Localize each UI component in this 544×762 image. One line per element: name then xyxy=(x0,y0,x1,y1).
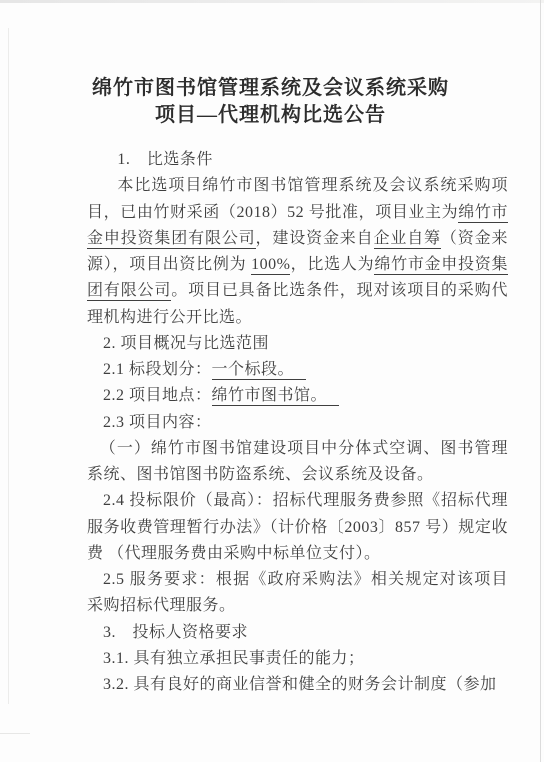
underlined-location-value: 绵竹市图书馆。 xyxy=(212,387,340,406)
paragraph-selection-conditions: 本比选项目绵竹市图书馆管理系统及会议系统采购项目，已由竹财采函（2018）52 … xyxy=(87,173,508,331)
item-2-2-project-location: 2.2 项目地点：绵竹市图书馆。 xyxy=(87,383,508,409)
title-line-1: 绵竹市图书馆管理系统及会议系统采购 xyxy=(8,75,533,102)
item-3-2-business-reputation: 3.2. 具有良好的商业信誉和健全的财务会计制度（参加 xyxy=(87,672,508,698)
document-content: 绵竹市图书馆管理系统及会议系统采购 项目—代理机构比选公告 1. 比选条件 本比… xyxy=(8,0,533,698)
section-3-heading: 3. 投标人资格要求 xyxy=(87,620,508,646)
underlined-bid-section-value: 一个标段。 xyxy=(212,361,307,380)
document-title: 绵竹市图书馆管理系统及会议系统采购 项目—代理机构比选公告 xyxy=(8,0,533,129)
item-label: 2.2 项目地点： xyxy=(103,387,212,404)
section-1-heading: 1. 比选条件 xyxy=(87,147,508,173)
scan-edge-bottom-corner xyxy=(0,733,30,734)
item-2-3-project-content: 2.3 项目内容： xyxy=(87,410,508,436)
scan-edge-right xyxy=(540,0,541,762)
underlined-funding-ratio: 100% xyxy=(251,256,290,275)
title-line-2: 项目—代理机构比选公告 xyxy=(8,102,533,129)
document-body: 1. 比选条件 本比选项目绵竹市图书馆管理系统及会议系统采购项目，已由竹财采函（… xyxy=(8,147,533,698)
item-label: 2.1 标段划分： xyxy=(103,361,212,378)
text-segment: ，比选人为 xyxy=(290,256,374,273)
item-3-1-civil-liability: 3.1. 具有独立承担民事责任的能力； xyxy=(87,646,508,672)
paragraph-project-content-detail: （一）绵竹市图书馆建设项目中分体式空调、图书管理系统、图书馆图书防盗系统、会议系… xyxy=(87,436,508,489)
text-segment: ，建设资金来自 xyxy=(256,230,374,247)
item-2-4-bid-price-limit: 2.4 投标限价（最高）：招标代理服务费参照《招标代理服务收费管理暂行办法》（计… xyxy=(87,488,508,567)
section-2-heading: 2. 项目概况与比选范围 xyxy=(87,331,508,357)
item-2-5-service-requirements: 2.5 服务要求：根据《政府采购法》相关规定对该项目采购招标代理服务。 xyxy=(87,567,508,620)
scanned-document-page: 绵竹市图书馆管理系统及会议系统采购 项目—代理机构比选公告 1. 比选条件 本比… xyxy=(0,0,544,762)
item-2-1-bid-sections: 2.1 标段划分：一个标段。 xyxy=(87,357,508,383)
underlined-funding-source: 企业自筹 xyxy=(374,230,441,249)
text-segment: 本比选项目绵竹市图书馆管理系统及会议系统采购项目，已由竹财采函（2018）52 … xyxy=(87,177,508,220)
